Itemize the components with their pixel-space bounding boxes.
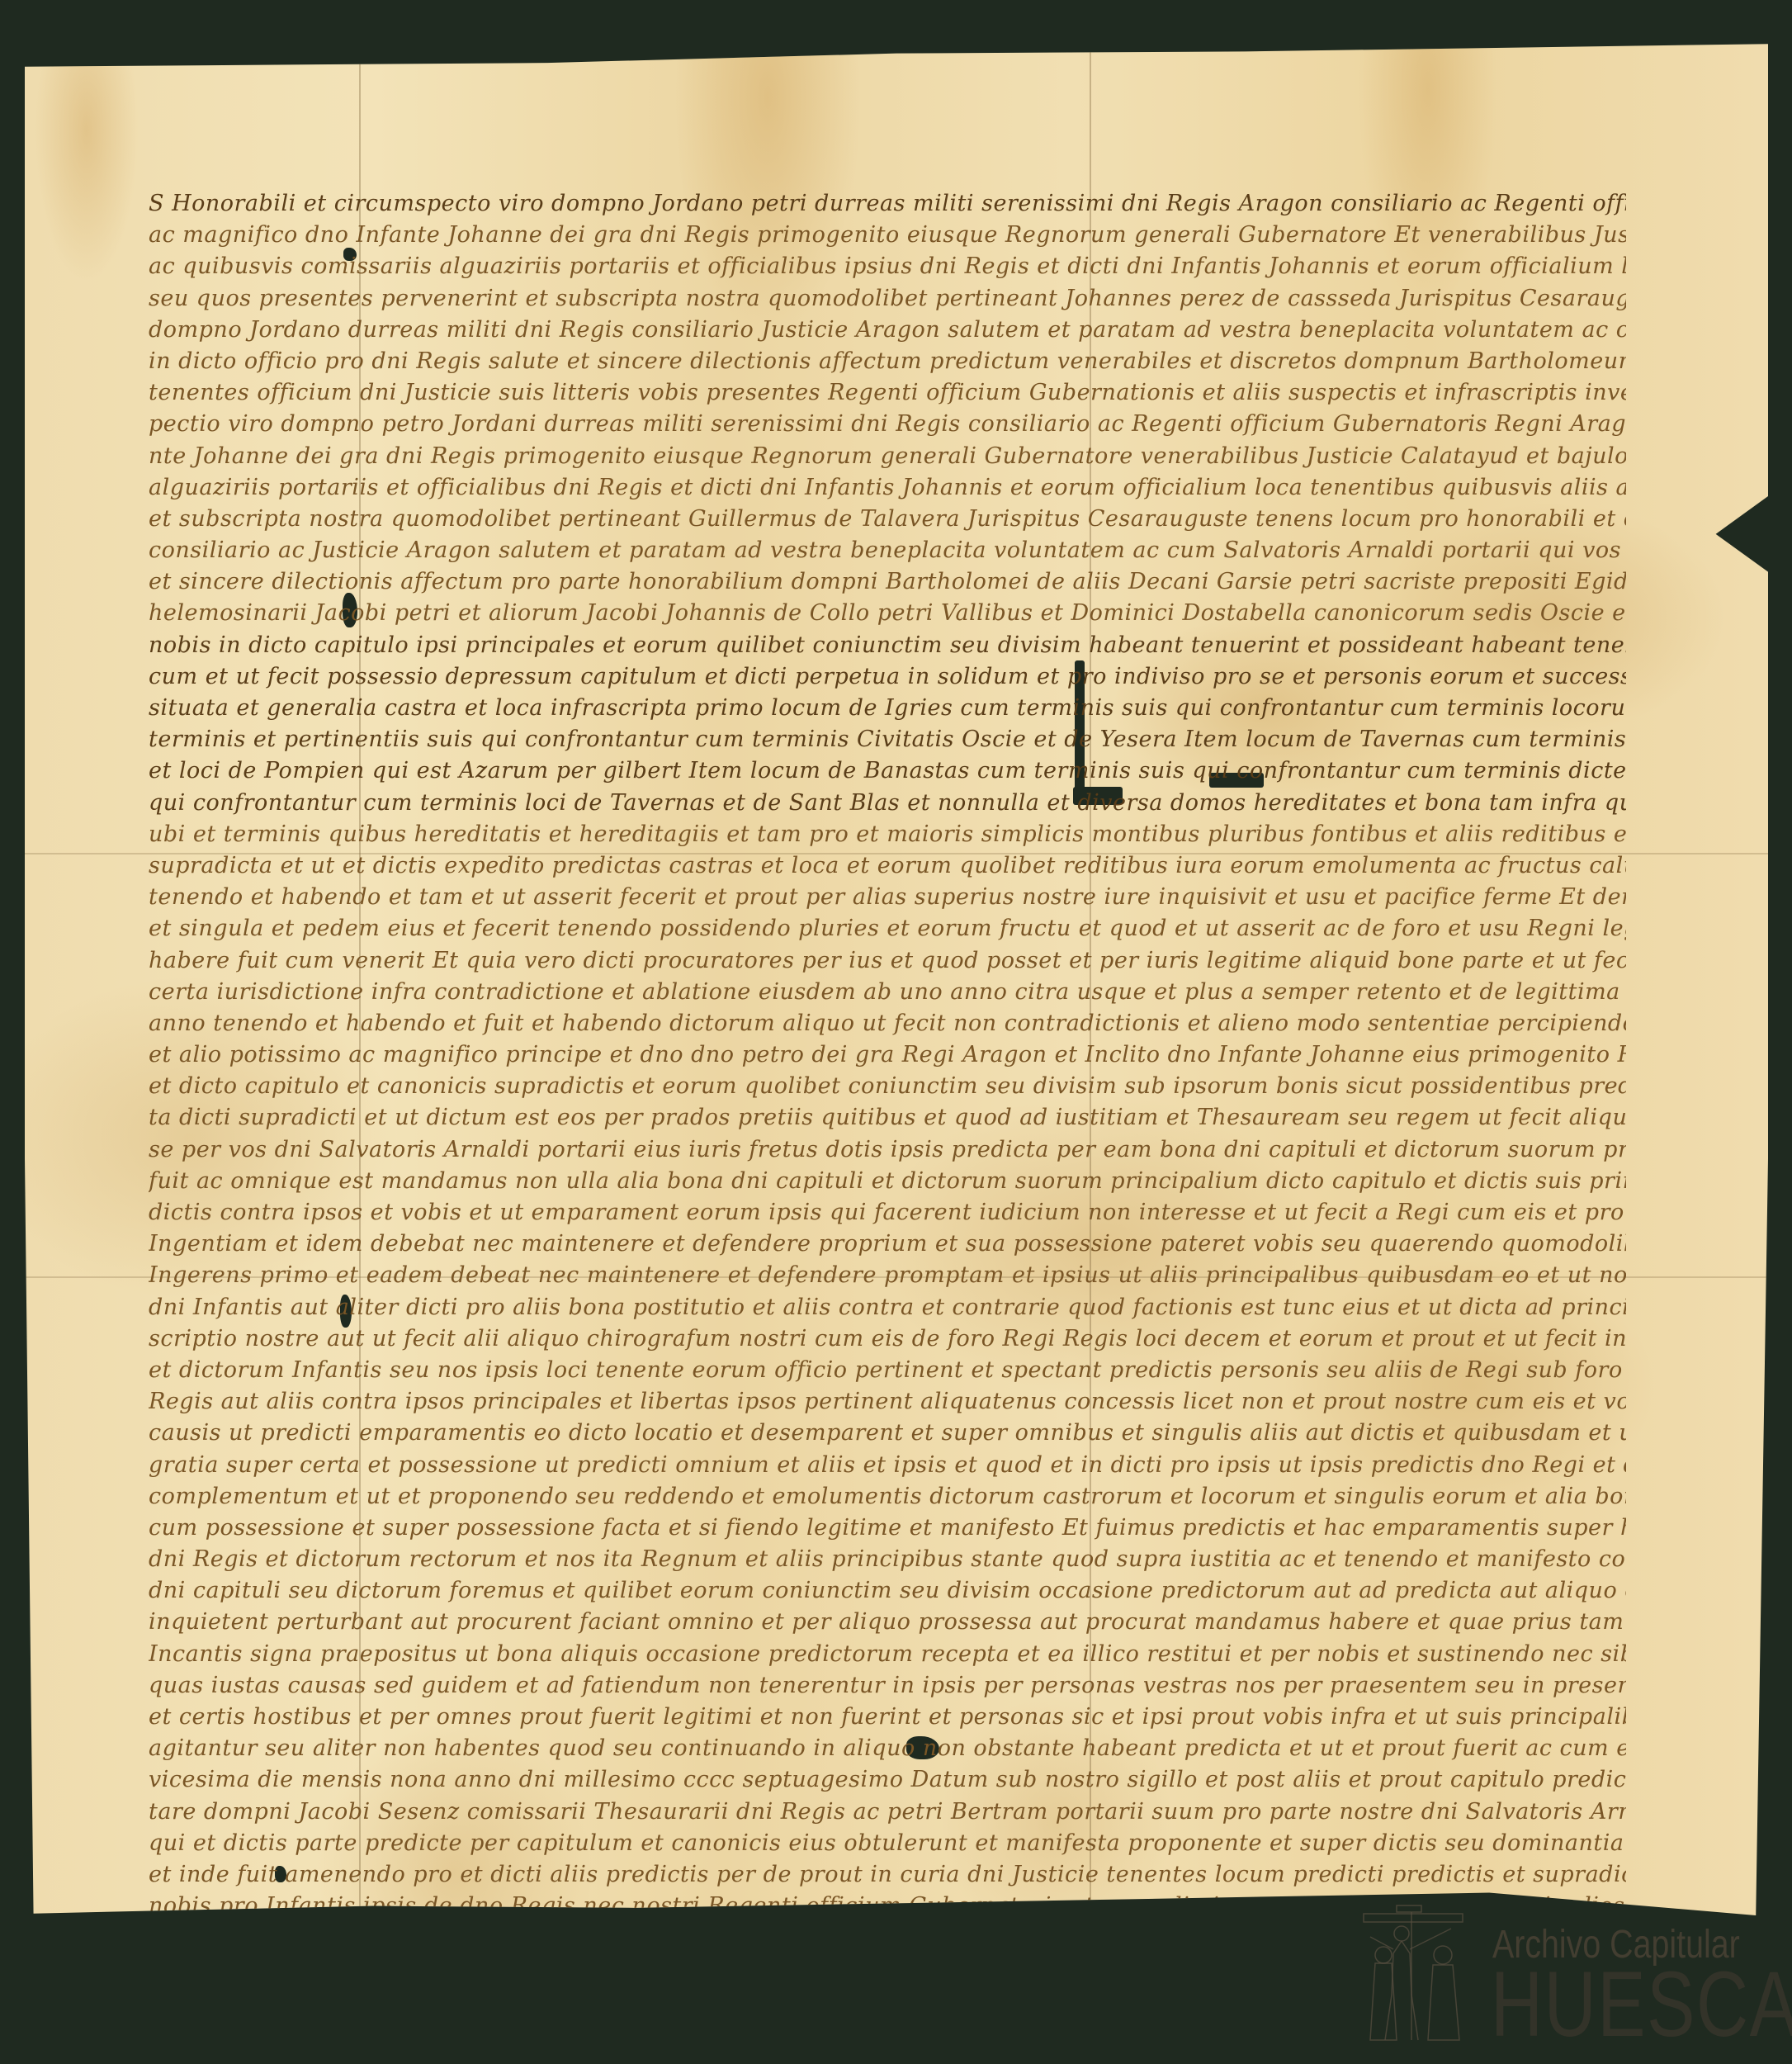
text-line: certa iurisdictione infra contradictione… bbox=[149, 977, 1626, 1008]
text-line: helemosinarii Jacobi petri et aliorum Ja… bbox=[149, 598, 1626, 629]
text-line: Regis aut aliis contra ipsos principales… bbox=[149, 1386, 1626, 1418]
text-line: quas iustas causas sed guidem et ad fati… bbox=[149, 1670, 1626, 1702]
text-line: qui confrontantur cum terminis loci de T… bbox=[149, 788, 1626, 819]
text-line: tare dompni Jacobi Sesenz comissarii The… bbox=[149, 1797, 1626, 1828]
text-line: et certis hostibus et per omnes prout fu… bbox=[149, 1702, 1626, 1733]
text-line: tenendo et habendo et tam et ut asserit … bbox=[149, 882, 1626, 913]
text-line: inquietent perturbant aut procurent faci… bbox=[149, 1607, 1626, 1638]
text-line: Ingerens primo et eadem debeat nec maint… bbox=[149, 1260, 1626, 1291]
text-line: tenentes officium dni Justicie suis litt… bbox=[149, 377, 1626, 409]
text-line: S Honorabili et circumspecto viro dompno… bbox=[149, 188, 1626, 220]
text-line: habere fuit cum venerit Et quia vero dic… bbox=[149, 945, 1626, 977]
text-line: agitantur seu aliter non habentes quod s… bbox=[149, 1733, 1626, 1764]
text-line: alguaziriis portariis et officialibus dn… bbox=[149, 472, 1626, 504]
text-line: et inde fuit amenendo pro et dicti aliis… bbox=[149, 1859, 1626, 1891]
text-line: pectio viro dompno petro Jordani durreas… bbox=[149, 409, 1626, 440]
text-line: complementum et ut et proponendo seu red… bbox=[149, 1481, 1626, 1512]
text-line: fuit ac omnique est mandamus non ulla al… bbox=[149, 1166, 1626, 1197]
text-line: et sincere dilectionis affectum pro part… bbox=[149, 566, 1626, 598]
text-line: et subscripta nostra quomodolibet pertin… bbox=[149, 504, 1626, 535]
text-line: Ingentiam et idem debebat nec maintenere… bbox=[149, 1228, 1626, 1260]
archive-city: HUESCA bbox=[1491, 1958, 1792, 2051]
text-line: dictis contra ipsos et vobis et ut empar… bbox=[149, 1197, 1626, 1228]
text-line: Incantis signa praepositus ut bona aliqu… bbox=[149, 1639, 1626, 1670]
archive-watermark: Archivo Capitular HUESCA bbox=[1360, 1904, 1773, 2052]
text-line: ta dicti supradicti et ut dictum est eos… bbox=[149, 1102, 1626, 1134]
text-line: ac quibusvis comissariis alguaziriis por… bbox=[149, 251, 1626, 282]
text-line: dni capituli seu dictorum foremus et qui… bbox=[149, 1575, 1626, 1607]
text-line: et singula et pedem eius et fecerit tene… bbox=[149, 913, 1626, 944]
text-line: scriptio nostre aut ut fecit alii aliquo… bbox=[149, 1323, 1626, 1355]
text-line: et dicto capitulo et canonicis supradict… bbox=[149, 1071, 1626, 1102]
text-line: se per vos dni Salvatoris Arnaldi portar… bbox=[149, 1134, 1626, 1166]
text-line: supradicta et ut et dictis expedito pred… bbox=[149, 850, 1626, 882]
text-line: cum possessione et super possessione fac… bbox=[149, 1512, 1626, 1544]
text-line: in dicto officio pro dni Regis salute et… bbox=[149, 346, 1626, 377]
text-line: et loci de Pompien qui est Azarum per gi… bbox=[149, 755, 1626, 787]
text-line: et dictorum Infantis seu nos ipsis loci … bbox=[149, 1355, 1626, 1386]
text-line: dni Regis et dictorum rectorum et nos it… bbox=[149, 1544, 1626, 1575]
text-line: vicesima die mensis nona anno dni milles… bbox=[149, 1764, 1626, 1796]
text-line: causis ut predicti emparamentis eo dicto… bbox=[149, 1418, 1626, 1449]
text-line: nte Johanne dei gra dni Regis primogenit… bbox=[149, 441, 1626, 472]
text-line: anno tenendo et habendo et fuit et haben… bbox=[149, 1008, 1626, 1039]
crucifixion-icon bbox=[1360, 1904, 1468, 2044]
text-line: seu quos presentes pervenerint et subscr… bbox=[149, 283, 1626, 315]
text-line: et alio potissimo ac magnifico principe … bbox=[149, 1039, 1626, 1071]
text-line: gratia super certa et possessione ut pre… bbox=[149, 1450, 1626, 1481]
text-line: consiliario ac Justicie Aragon salutem e… bbox=[149, 535, 1626, 566]
text-line: dompno Jordano durreas militi dni Regis … bbox=[149, 315, 1626, 346]
text-line: ubi et terminis quibus hereditatis et he… bbox=[149, 819, 1626, 850]
manuscript-page: S Honorabili et circumspecto viro dompno… bbox=[25, 23, 1768, 1915]
text-line: cum et ut fecit possessio depressum capi… bbox=[149, 661, 1626, 693]
text-line: nobis in dicto capitulo ipsi principales… bbox=[149, 630, 1626, 661]
text-line: qui et dictis parte predicte per capitul… bbox=[149, 1828, 1626, 1859]
text-line: dni Infantis aut aliter dicti pro aliis … bbox=[149, 1292, 1626, 1323]
text-line: situata et generalia castra et loca infr… bbox=[149, 693, 1626, 724]
text-line: ac magnifico dno Infante Johanne dei gra… bbox=[149, 220, 1626, 251]
manuscript-text: S Honorabili et circumspecto viro dompno… bbox=[149, 188, 1626, 1954]
text-line: terminis et pertinentiis suis qui confro… bbox=[149, 724, 1626, 755]
